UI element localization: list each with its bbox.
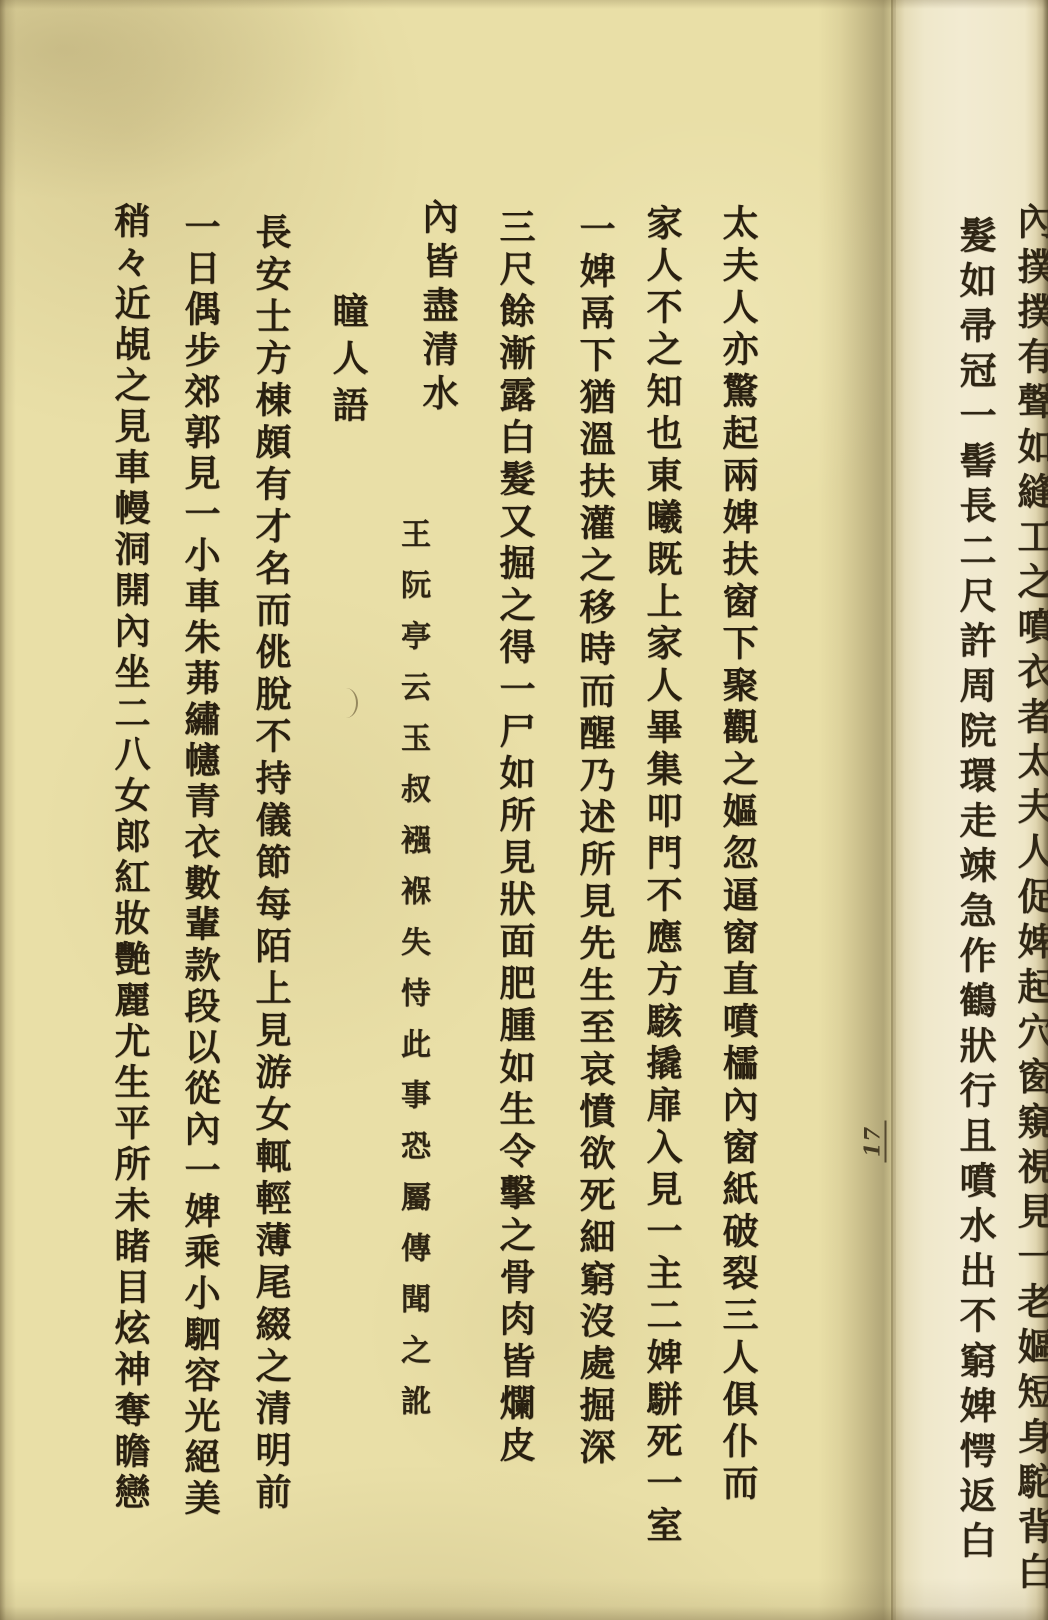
stray-ink-mark: [346, 688, 358, 718]
story-column-1: 長安士方棟頗有才名而佻脫不持儀節每陌上見游女輒輕薄尾綴之清明前: [253, 213, 289, 1515]
manuscript-column-5: 內皆盡清水: [420, 198, 456, 418]
commentary-column: 王阮亭云玉叔襁褓失恃此事恐屬傳聞之訛: [397, 518, 427, 1436]
story-title: 瞳人語: [330, 292, 366, 433]
page-number: 17: [860, 1121, 887, 1163]
right-leaf-column: 髮如帚冠一髻長二尺許周院環走竦急作鶴狀行且噴水出不窮婢愕返白: [956, 216, 993, 1566]
story-column-3: 稍々近覘之見車幔洞開內坐二八女郎紅妝艷麗尤生平所未睹目炫神奪瞻戀: [112, 202, 148, 1514]
manuscript-column-1: 太夫人亦驚起兩婢扶窗下聚觀之嫗忽逼窗直噴櫺內窗紙破裂三人俱仆而: [720, 204, 756, 1506]
manuscript-column-4: 三尺餘漸露白髮又掘之得一尸如所見狀面肥腫如生令擊之骨肉皆爛皮: [497, 208, 533, 1468]
manuscript-column-3: 一婢鬲下猶溫扶灌之移時而醒乃述所見先生至哀憤欲死細窮沒處掘深: [577, 210, 613, 1470]
manuscript-page-photo: 內撲撲有聲如縫工之噴衣者太夫人促婢起穴窗窺視見一老嫗短身駝背白 髮如帚冠一髻長二…: [0, 0, 1048, 1620]
gutter-fold-shadow: [818, 0, 896, 1620]
right-leaf-column-clipped: 內撲撲有聲如縫工之噴衣者太夫人促婢起穴窗窺視見一老嫗短身駝背白: [1014, 202, 1048, 1597]
manuscript-column-2: 家人不之知也東曦既上家人畢集叩門不應方駭撬扉入見一主二婢駢死一室: [644, 204, 680, 1548]
story-column-2: 一日偶步郊郭見一小車朱茀繡幰青衣數輩款段以從內一婢乘小駟容光絕美: [182, 208, 218, 1520]
